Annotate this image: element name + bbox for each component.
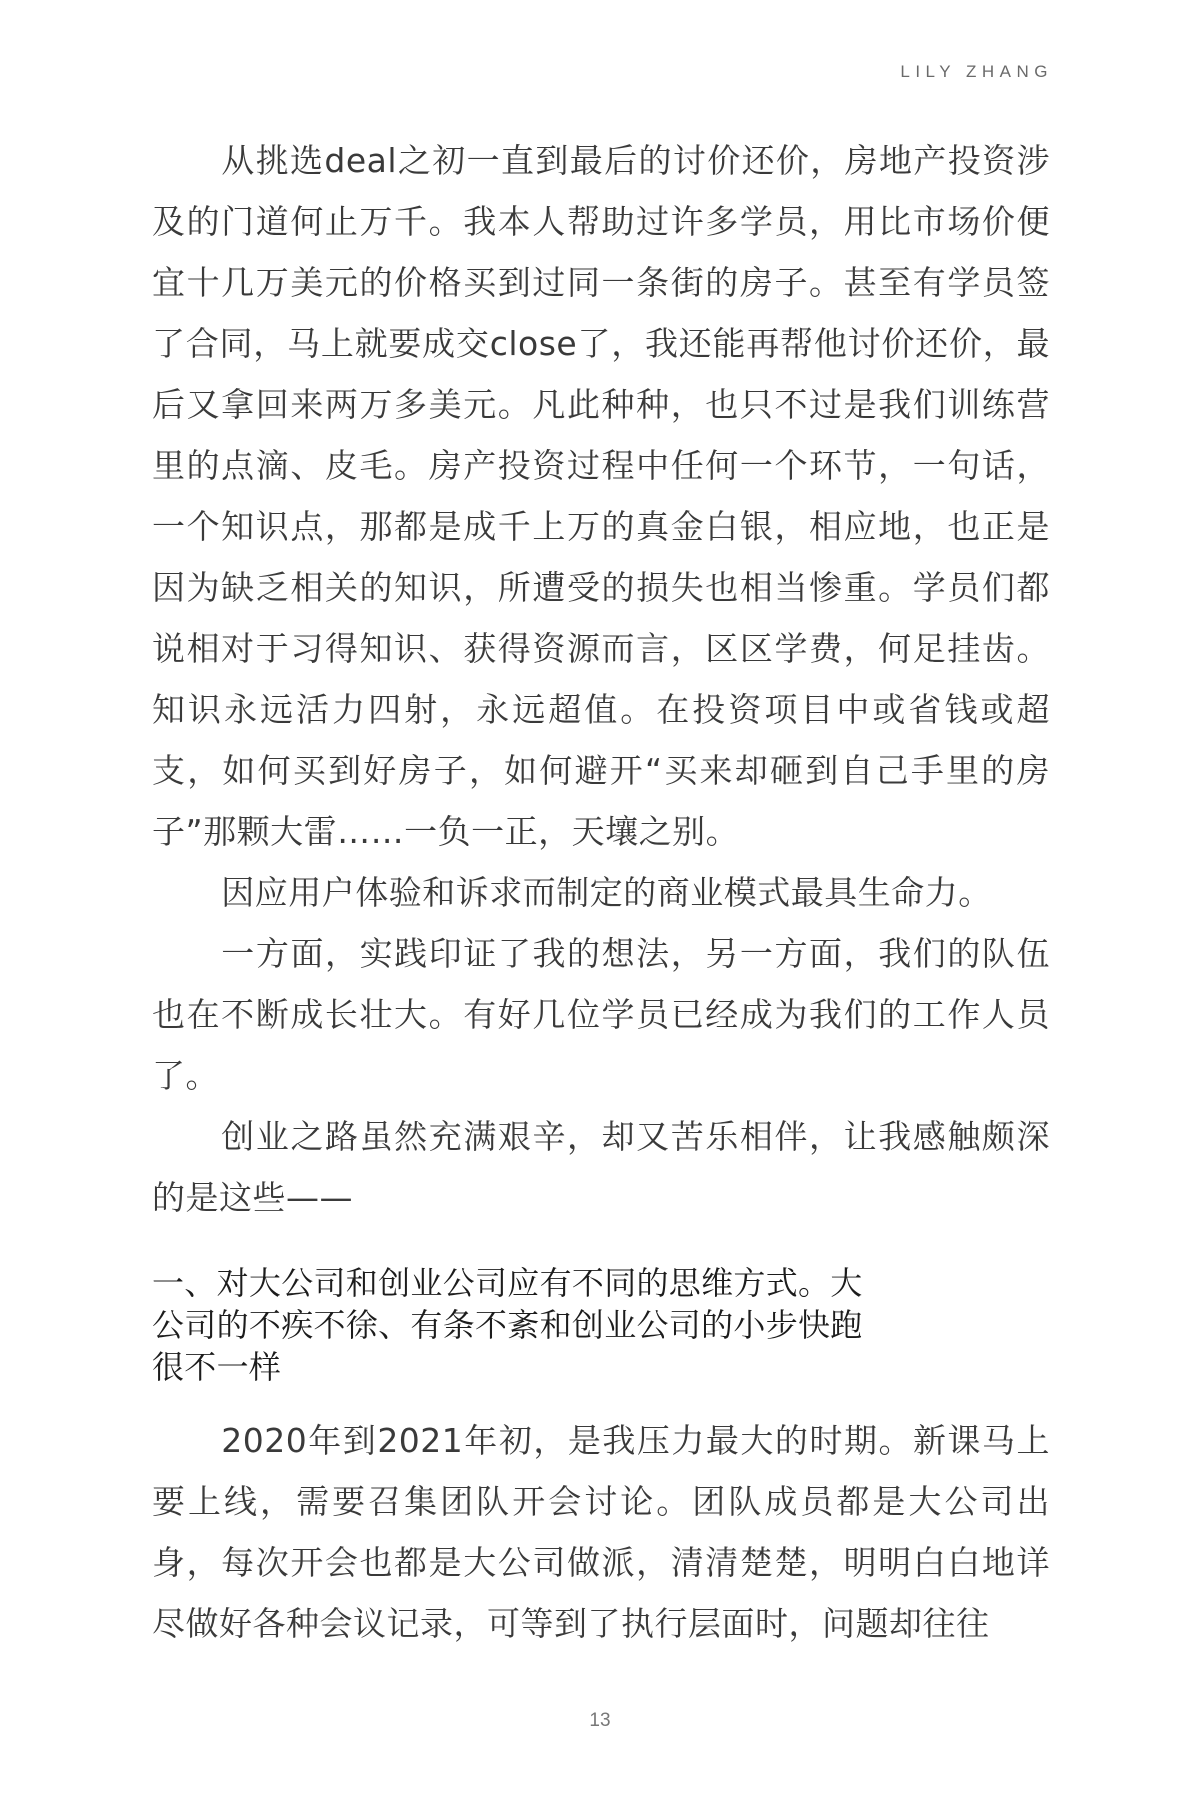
paragraph-team-growth: 一方面，实践印证了我的想法，另一方面，我们的队伍也在不断成长壮大。有好几位学员已…: [152, 923, 1050, 1106]
section-heading: 一、对大公司和创业公司应有不同的思维方式。大公司的不疾不徐、有条不紊和创业公司的…: [152, 1262, 892, 1388]
paragraph-startup-reflections: 创业之路虽然充满艰辛，却又苦乐相伴，让我感触颇深的是这些——: [152, 1106, 1050, 1228]
page-number: 13: [0, 1710, 1200, 1732]
running-header-author: LILY ZHANG: [900, 62, 1053, 82]
page-body: 从挑选deal之初一直到最后的讨价还价，房地产投资涉及的门道何止万千。我本人帮助…: [152, 130, 1050, 1654]
paragraph-2020-pressure: 2020年到2021年初，是我压力最大的时期。新课马上要上线，需要召集团队开会讨…: [152, 1410, 1050, 1654]
paragraph-business-model: 因应用户体验和诉求而制定的商业模式最具生命力。: [152, 862, 1050, 923]
paragraph-real-estate-deals: 从挑选deal之初一直到最后的讨价还价，房地产投资涉及的门道何止万千。我本人帮助…: [152, 130, 1050, 862]
